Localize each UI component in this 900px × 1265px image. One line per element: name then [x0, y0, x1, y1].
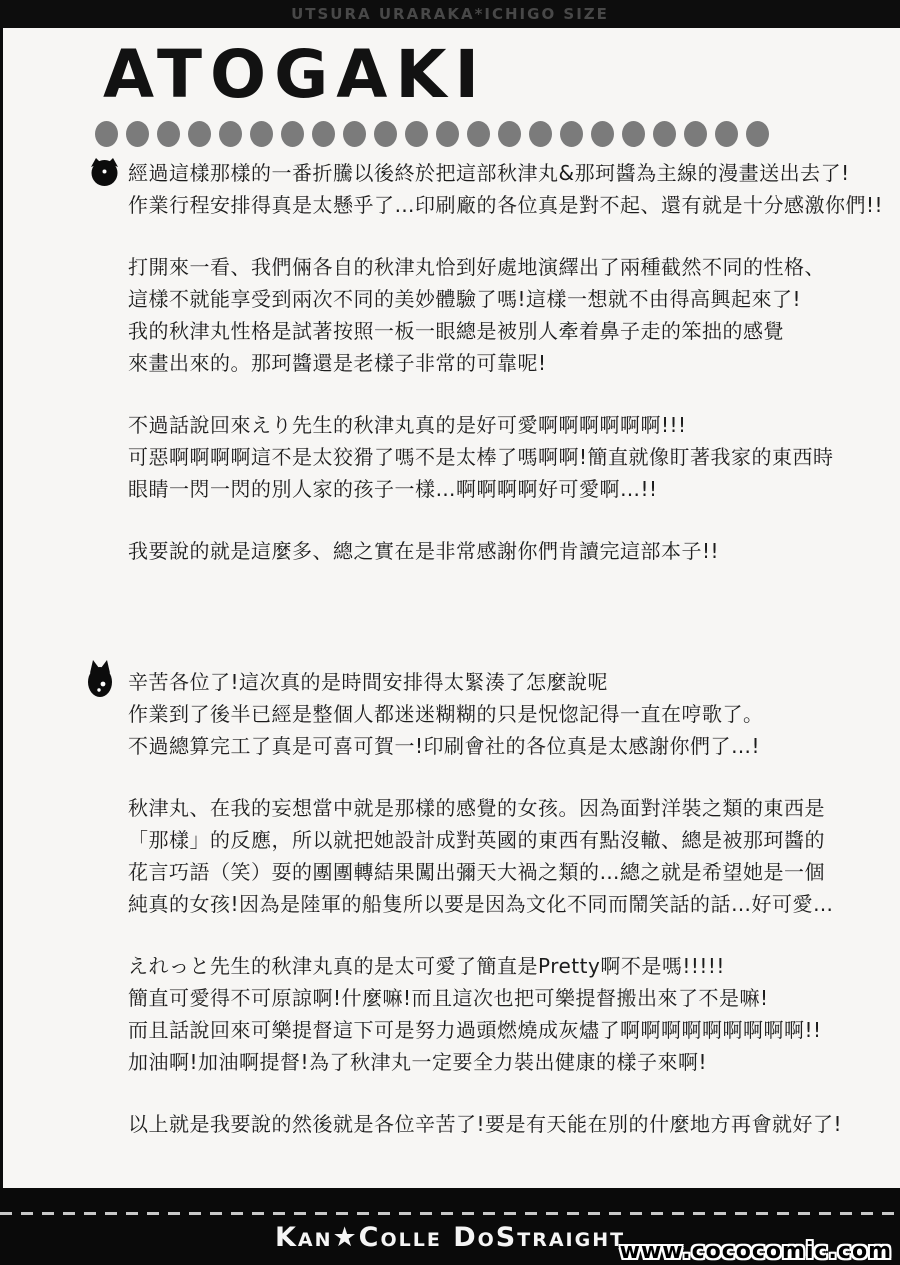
dot: [560, 121, 583, 147]
dot: [498, 121, 521, 147]
dot: [405, 121, 428, 147]
dot: [281, 121, 304, 147]
dot: [188, 121, 211, 147]
round-face-icon: [88, 157, 121, 191]
top-bar-text: UTSURA URARAKA*ICHIGO SIZE: [291, 5, 609, 23]
dot: [746, 121, 769, 147]
dot: [467, 121, 490, 147]
top-bar: UTSURA URARAKA*ICHIGO SIZE: [0, 0, 900, 28]
afterword-paragraph: 秋津丸、在我的妄想當中就是那樣的感覺的女孩。因為面對洋裝之類的東西是 「那樣」的…: [128, 792, 888, 920]
dot: [653, 121, 676, 147]
dot: [312, 121, 335, 147]
dashed-line: [0, 1212, 900, 1215]
horned-creature-icon: [86, 660, 114, 702]
left-edge-line: [0, 0, 3, 1265]
page-title: ATOGAKI: [103, 36, 487, 113]
dot: [529, 121, 552, 147]
dot: [343, 121, 366, 147]
afterword-paragraph: 經過這樣那樣的一番折騰以後終於把這部秋津丸&那珂醬為主線的漫畫送出去了! 作業行…: [128, 157, 888, 221]
dot: [95, 121, 118, 147]
page: UTSURA URARAKA*ICHIGO SIZE ATOGAKI 經過這樣那…: [0, 0, 900, 1265]
dot: [715, 121, 738, 147]
dot: [219, 121, 242, 147]
dot: [591, 121, 614, 147]
author-section: 辛苦各位了!這次真的是時間安排得太緊湊了怎麼說呢 作業到了後半已經是整個人都迷迷…: [128, 666, 888, 1170]
dot: [622, 121, 645, 147]
afterword-paragraph: えれっと先生的秋津丸真的是太可愛了簡直是Pretty啊不是嗎!!!!! 簡直可愛…: [128, 950, 888, 1078]
bottom-bar: Kan★Colle DoStraight www.cococomic.com: [0, 1188, 900, 1265]
dot: [126, 121, 149, 147]
dot: [684, 121, 707, 147]
afterword-paragraph: 打開來一看、我們倆各自的秋津丸恰到好處地演繹出了兩種截然不同的性格、 這樣不就能…: [128, 251, 888, 379]
afterword-paragraph: 辛苦各位了!這次真的是時間安排得太緊湊了怎麼說呢 作業到了後半已經是整個人都迷迷…: [128, 666, 888, 762]
author-section: 經過這樣那樣的一番折騰以後終於把這部秋津丸&那珂醬為主線的漫畫送出去了! 作業行…: [128, 157, 888, 597]
dot: [250, 121, 273, 147]
dot: [157, 121, 180, 147]
afterword-paragraph: 以上就是我要說的然後就是各位辛苦了!要是有天能在別的什麼地方再會就好了!: [128, 1108, 888, 1140]
dot-divider: [95, 121, 769, 147]
dot: [374, 121, 397, 147]
afterword-paragraph: 我要說的就是這麼多、總之實在是非常感謝你們肯讀完這部本子!!: [128, 535, 888, 567]
dot: [436, 121, 459, 147]
afterword-paragraph: 不過話說回來えり先生的秋津丸真的是好可愛啊啊啊啊啊啊!!! 可惡啊啊啊啊這不是太…: [128, 409, 888, 505]
site-watermark: www.cococomic.com: [620, 1239, 892, 1264]
